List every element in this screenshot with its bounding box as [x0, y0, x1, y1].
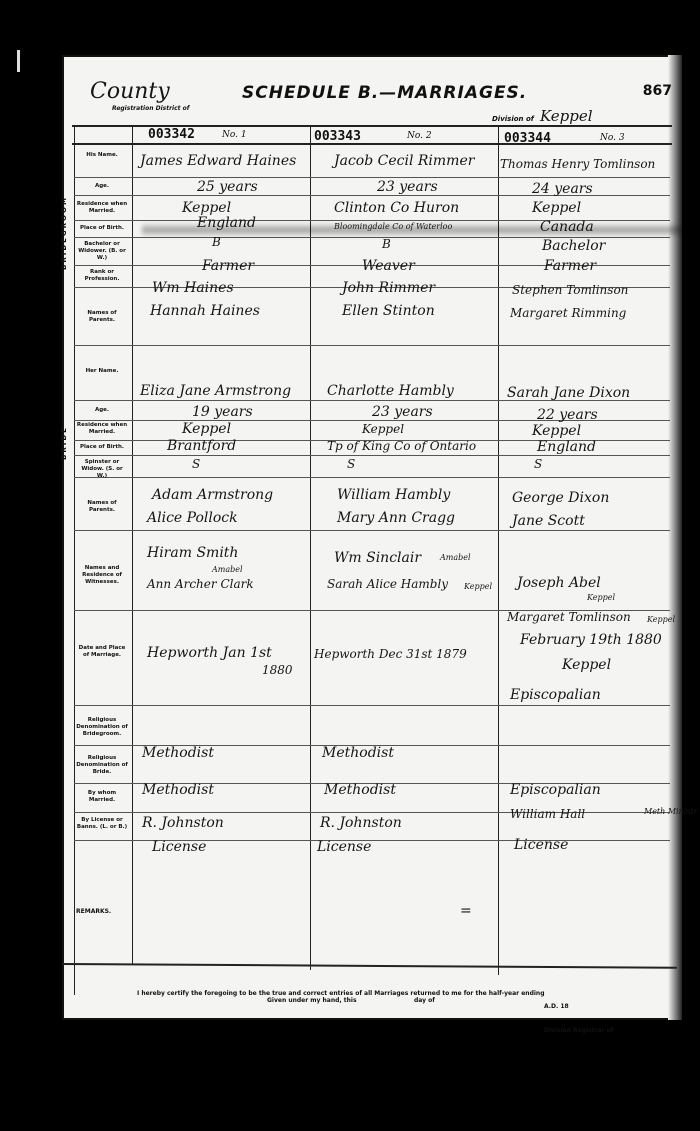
entry-2-remarks: = — [460, 903, 472, 919]
row-label-date-place: Date and Place of Marriage. — [76, 645, 128, 659]
division-value: Keppel — [540, 107, 593, 125]
row-label-religion-groom: Religious Denomination of Bridegroom. — [76, 717, 128, 738]
entry-2-his-birthplace: Bloomingdale Co of Waterloo — [334, 222, 452, 231]
row-rule — [74, 177, 670, 178]
entry-1-col-label: No. 1 — [222, 130, 247, 140]
page-number: 867 — [643, 83, 672, 99]
entry-1-witness-1: Hiram Smith — [147, 545, 238, 561]
given-under-hand-text: Given under my hand, this — [267, 997, 357, 1004]
entry-1-her-birthplace: Brantford — [167, 438, 236, 454]
column-divider-2 — [498, 125, 499, 975]
entry-1-her-age: 19 years — [192, 404, 253, 420]
entry-2-her-birthplace: Tp of King Co of Ontario — [327, 439, 476, 453]
entry-2-his-father: John Rimmer — [342, 280, 435, 296]
row-label-her-name: Her Name. — [76, 368, 128, 375]
film-edge-mark — [17, 50, 20, 72]
entry-1-his-age: 25 years — [197, 179, 258, 195]
entry-2-his-residence: Clinton Co Huron — [334, 200, 459, 216]
entry-2-rank-profession: Weaver — [362, 258, 415, 274]
entry-2-her-residence: Keppel — [362, 422, 404, 436]
entry-3-spinster-widow: S — [534, 457, 542, 471]
entry-2-witness-1: Wm Sinclair — [334, 550, 421, 566]
entry-2-witness-1-residence: Amabel — [440, 553, 471, 562]
entry-1-spinster-widow: S — [192, 457, 200, 471]
row-label-his-age: Age. — [76, 183, 128, 190]
row-label-witnesses: Names and Residence of Witnesses. — [76, 565, 128, 586]
number-row-rule — [72, 143, 672, 145]
row-label-her-age: Age. — [76, 407, 128, 414]
entry-3-witness-2-residence: Keppel — [647, 615, 675, 624]
row-label-her-birthplace: Place of Birth. — [76, 444, 128, 451]
entry-1-her-mother: Alice Pollock — [147, 510, 238, 526]
entry-3-by-whom: William Hall — [510, 807, 585, 821]
entry-3-her-father: George Dixon — [512, 490, 609, 506]
entry-1-reg-number: 003342 — [148, 127, 195, 142]
entry-3-witness-1-residence: Keppel — [587, 593, 615, 602]
entry-2-religion-bride: Methodist — [324, 782, 396, 798]
entry-3-date-place: February 19th 1880 — [520, 632, 662, 648]
division-registrar-text: Division Registrar of — [544, 1027, 613, 1034]
entry-2-witness-2-residence: Keppel — [464, 582, 492, 591]
entry-3-reg-number: 003344 — [504, 131, 551, 146]
entry-3-his-residence: Keppel — [532, 200, 581, 216]
entry-1-religion-groom: Methodist — [142, 745, 214, 761]
row-label-religion-bride: Religious Denomination of Bride. — [76, 755, 128, 776]
entry-3-her-age: 22 years — [537, 407, 598, 423]
entry-1-her-father: Adam Armstrong — [152, 487, 273, 503]
entry-3-his-birthplace: Canada — [540, 219, 594, 235]
entry-3-her-residence: Keppel — [532, 423, 581, 439]
registration-district-label: Registration District of — [112, 105, 189, 112]
side-label-bride: BRIDE — [60, 426, 68, 460]
marriage-register-page: County SCHEDULE B.—MARRIAGES. 867 Regist… — [62, 55, 682, 1020]
entry-3-place: Keppel — [562, 657, 611, 673]
entry-3-his-age: 24 years — [532, 181, 593, 197]
entry-2-her-age: 23 years — [372, 404, 433, 420]
entry-3-her-birthplace: England — [537, 439, 596, 455]
entry-2-license-banns: License — [317, 839, 371, 855]
entry-1-year: 1880 — [262, 663, 293, 677]
entry-3-religion-bride: Episcopalian — [510, 782, 601, 798]
entry-1-his-birthplace: England — [197, 215, 256, 231]
entry-1-by-whom: R. Johnston — [142, 815, 224, 831]
entry-2-bachelor-widower: B — [382, 237, 391, 251]
entry-2-his-mother: Ellen Stinton — [342, 303, 435, 319]
entry-2-reg-number: 003343 — [314, 129, 361, 144]
row-label-spinster-widow: Spinster or Widow. (S. or W.) — [76, 459, 128, 480]
row-label-his-name: His Name. — [76, 152, 128, 159]
row-label-his-birthplace: Place of Birth. — [76, 225, 128, 232]
entry-3-witness-1: Joseph Abel — [517, 575, 601, 591]
entry-1-religion-bride: Methodist — [142, 782, 214, 798]
page-title: SCHEDULE B.—MARRIAGES. — [242, 83, 527, 103]
row-rule — [74, 477, 670, 478]
entry-2-her-father: William Hambly — [337, 487, 450, 503]
table-bottom-rule — [62, 963, 677, 969]
row-label-her-residence: Residence when Married. — [76, 422, 128, 436]
certification-text: I hereby certify the foregoing to be the… — [137, 990, 607, 997]
entry-2-his-age: 23 years — [377, 179, 438, 195]
entry-3-his-father: Stephen Tomlinson — [512, 283, 628, 297]
row-label-his-residence: Residence when Married. — [76, 201, 128, 215]
row-rule — [74, 530, 670, 531]
entry-1-bachelor-widower: B — [212, 235, 221, 249]
side-label-bridegroom: BRIDEGROOM — [60, 196, 68, 270]
row-label-license-banns: By License or Banns. (L. or B.) — [76, 817, 128, 831]
row-label-her-parents: Names of Parents. — [76, 500, 128, 514]
row-rule — [74, 705, 670, 706]
page-edge-shadow — [668, 55, 682, 1020]
entry-1-witness-2: Ann Archer Clark — [147, 577, 254, 591]
entry-2-her-mother: Mary Ann Cragg — [337, 510, 455, 526]
entry-1-witness-1-residence: Amabel — [212, 565, 243, 574]
entry-2-date-place: Hepworth Dec 31st 1879 — [314, 647, 467, 661]
entry-1-his-father: Wm Haines — [152, 280, 234, 296]
entry-3-rank-profession: Farmer — [544, 258, 596, 274]
entry-2-her-name: Charlotte Hambly — [327, 383, 454, 399]
entry-1-his-mother: Hannah Haines — [150, 303, 260, 319]
entry-3-by-whom-note: Meth Ministr — [644, 807, 697, 816]
entry-3-her-name: Sarah Jane Dixon — [507, 385, 630, 401]
day-of-text: day of — [414, 997, 435, 1004]
entry-2-spinster-widow: S — [347, 457, 355, 471]
entry-3-his-mother: Margaret Rimming — [510, 306, 626, 320]
row-rule — [74, 345, 670, 346]
ad-year-text: A.D. 18 — [544, 1003, 569, 1010]
row-label-rank-profession: Rank or Profession. — [76, 269, 128, 283]
entry-2-religion-groom: Methodist — [322, 745, 394, 761]
entry-1-his-name: James Edward Haines — [140, 153, 296, 169]
entry-2-witness-2: Sarah Alice Hambly — [327, 577, 448, 591]
entry-3-religion-groom: Episcopalian — [510, 687, 601, 703]
entry-3-license-banns: License — [514, 837, 568, 853]
side-column-divider — [74, 125, 75, 995]
row-label-by-whom: By whom Married. — [76, 790, 128, 804]
column-divider-1 — [310, 125, 311, 970]
label-column-divider — [132, 125, 133, 965]
entry-3-her-mother: Jane Scott — [512, 513, 585, 529]
entry-3-col-label: No. 3 — [600, 133, 625, 143]
entry-1-his-residence: Keppel — [182, 200, 231, 216]
entry-3-bachelor-widower: Bachelor — [542, 238, 605, 254]
entry-1-her-name: Eliza Jane Armstrong — [140, 383, 291, 399]
registration-district-value: County — [90, 79, 170, 104]
entry-1-license-banns: License — [152, 839, 206, 855]
row-label-his-parents: Names of Parents. — [76, 310, 128, 324]
entry-1-date-place: Hepworth Jan 1st — [147, 645, 272, 661]
entry-3-witness-2: Margaret Tomlinson — [507, 610, 631, 624]
entry-3-his-name: Thomas Henry Tomlinson — [500, 157, 655, 171]
entry-2-col-label: No. 2 — [407, 131, 432, 141]
entry-2-by-whom: R. Johnston — [320, 815, 402, 831]
division-label: Division of — [492, 115, 534, 123]
row-rule — [74, 455, 670, 456]
row-label-remarks: REMARKS. — [76, 908, 111, 915]
row-label-bachelor-widower: Bachelor or Widower. (B. or W.) — [76, 241, 128, 262]
entry-1-rank-profession: Farmer — [202, 258, 254, 274]
entry-1-her-residence: Keppel — [182, 421, 231, 437]
entry-2-his-name: Jacob Cecil Rimmer — [334, 153, 474, 169]
